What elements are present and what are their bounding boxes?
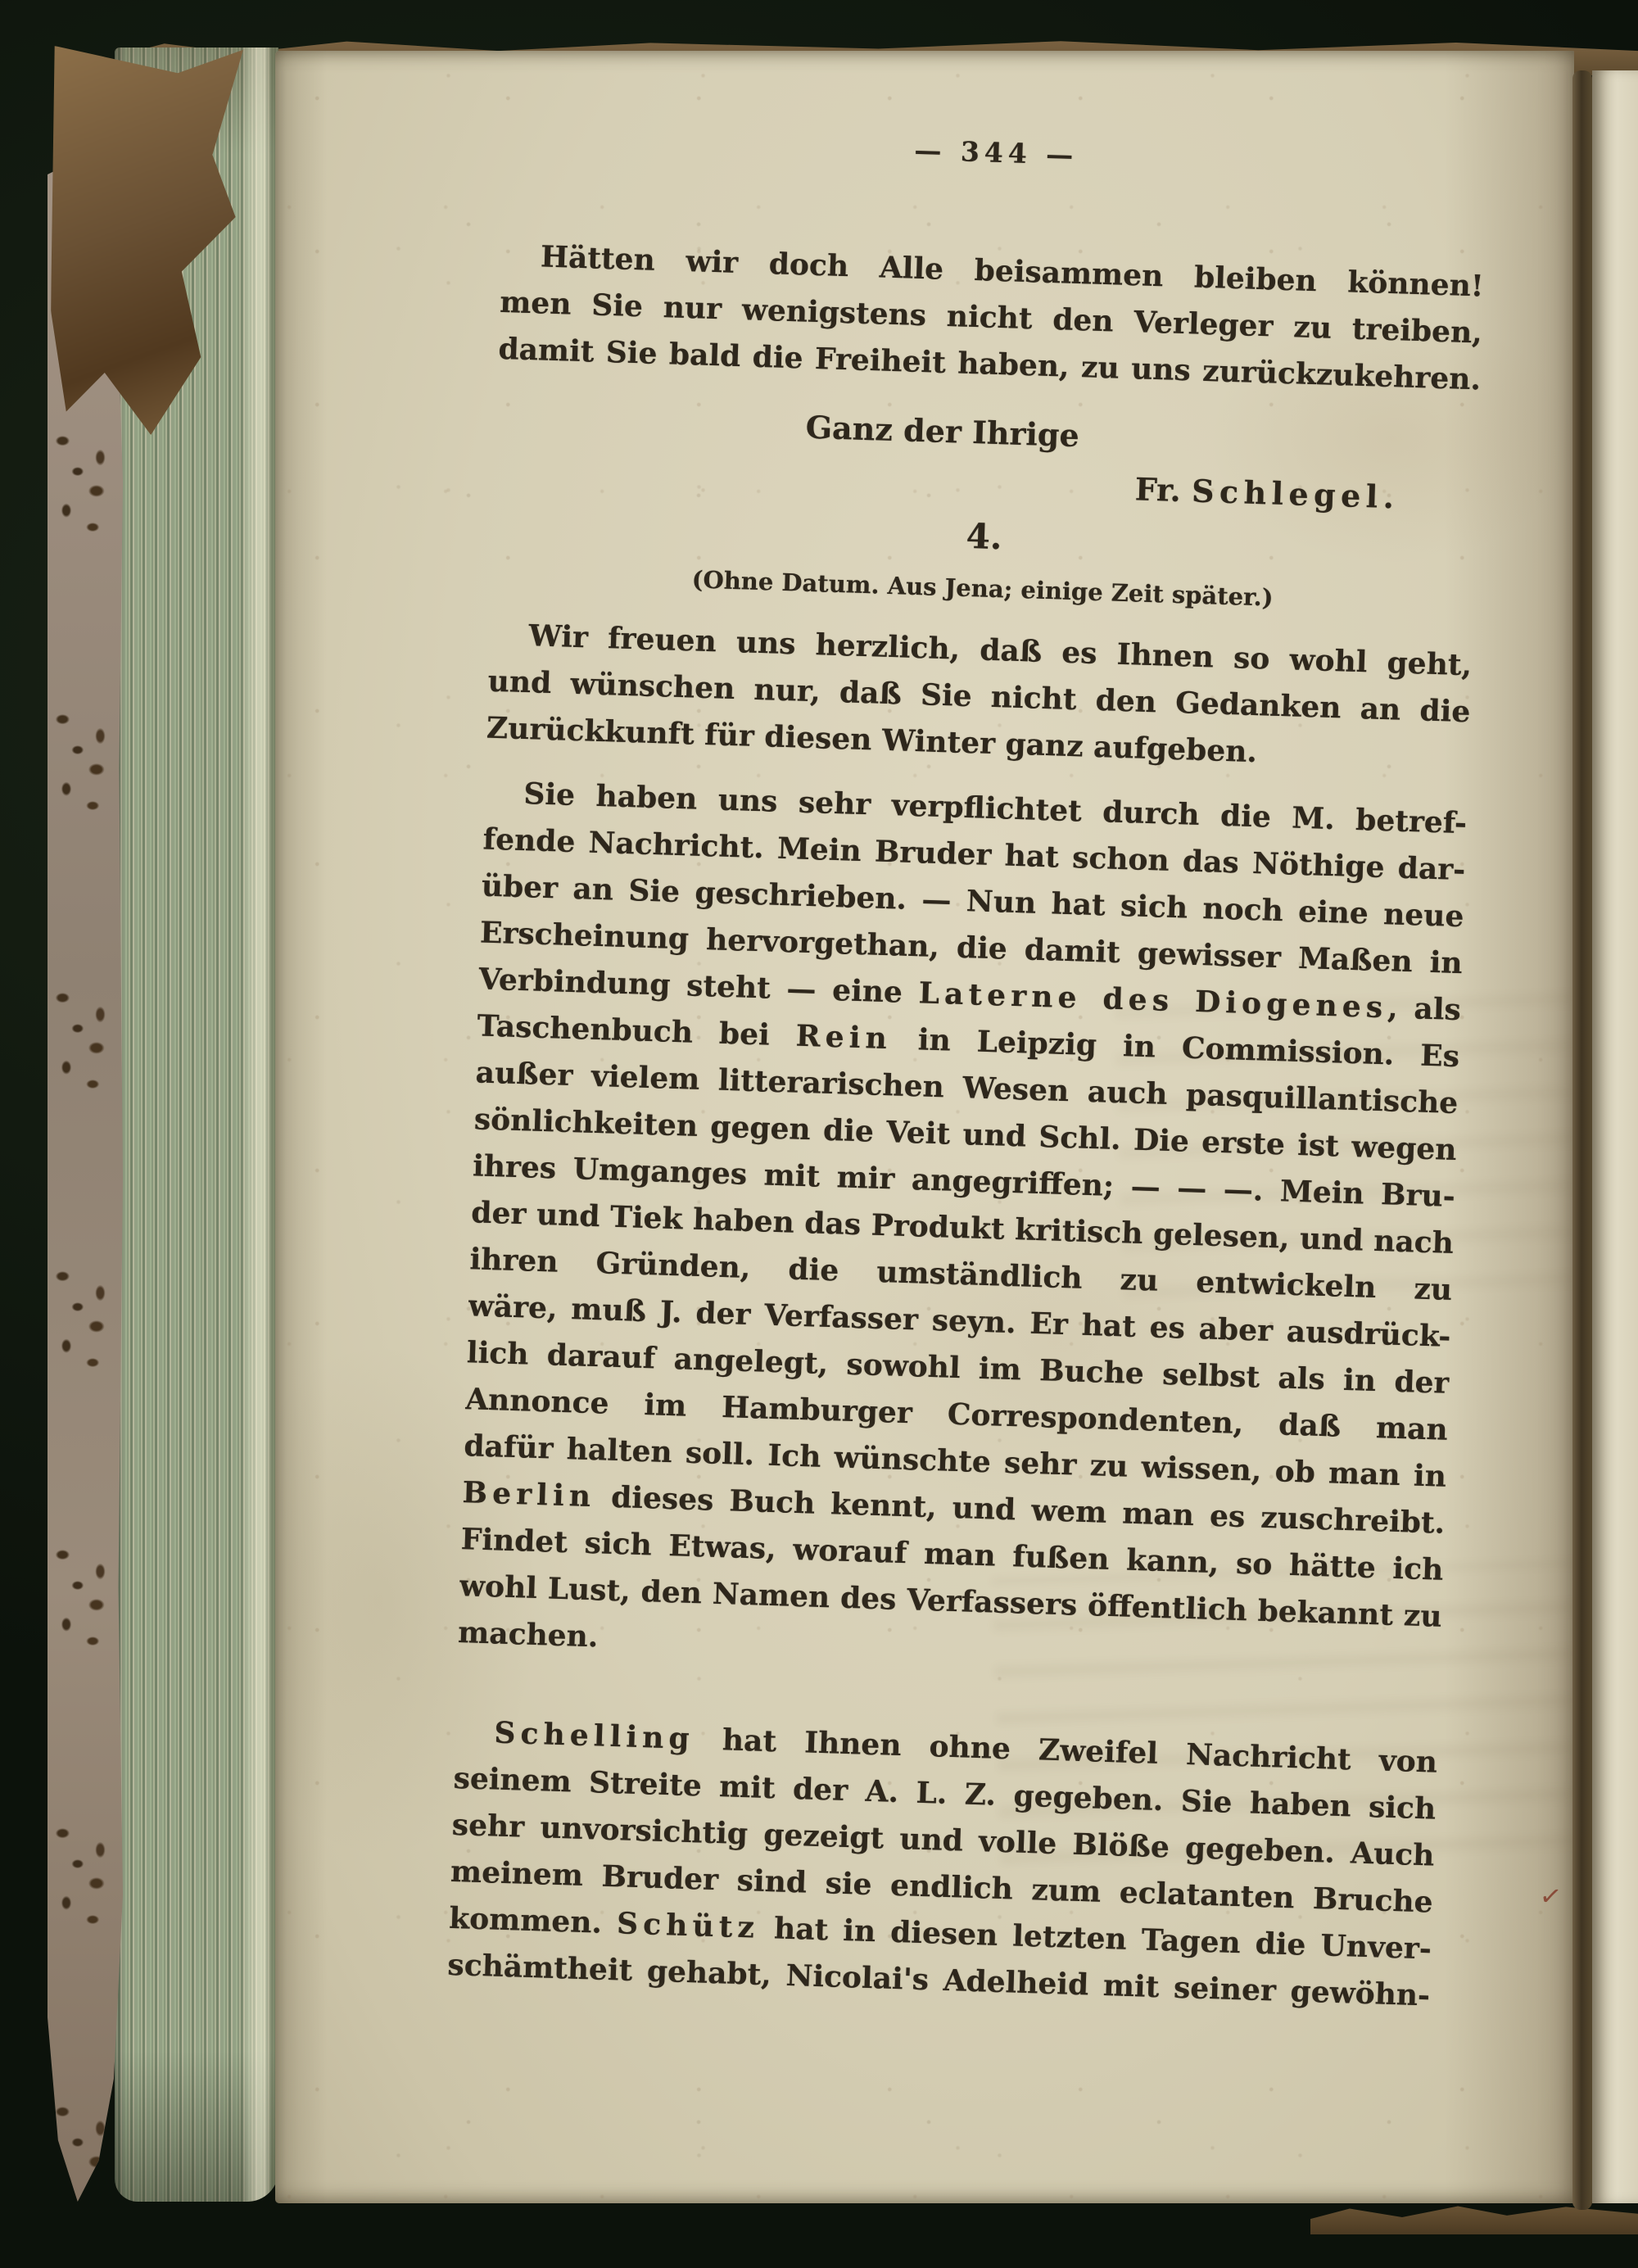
letter-paragraph: Sie haben uns sehr verpflichtet durch di… [457,770,1467,1687]
printed-text-layer: — 344 — Hätten wir doch Alle beisammen b… [447,51,1491,2020]
scanned-book-page: — 344 — Hätten wir doch Alle beisammen b… [275,51,1574,2203]
torn-marbled-cover-strip [48,154,123,2202]
letter-paragraph: Schelling hat Ihnen ohne Zweifel Nachric… [447,1709,1438,2020]
gutter-shadow [1572,70,1592,2210]
margin-checkmark: ✓ [1537,1879,1563,1913]
facing-page-edge [1592,70,1638,2203]
letter-paragraph: Hätten wir doch Alle beisammen bleiben k… [498,233,1485,404]
page-number: — 344 — [505,121,1488,185]
letter-paragraph: Wir freuen uns herzlich, daß es Ihnen so… [486,612,1473,783]
